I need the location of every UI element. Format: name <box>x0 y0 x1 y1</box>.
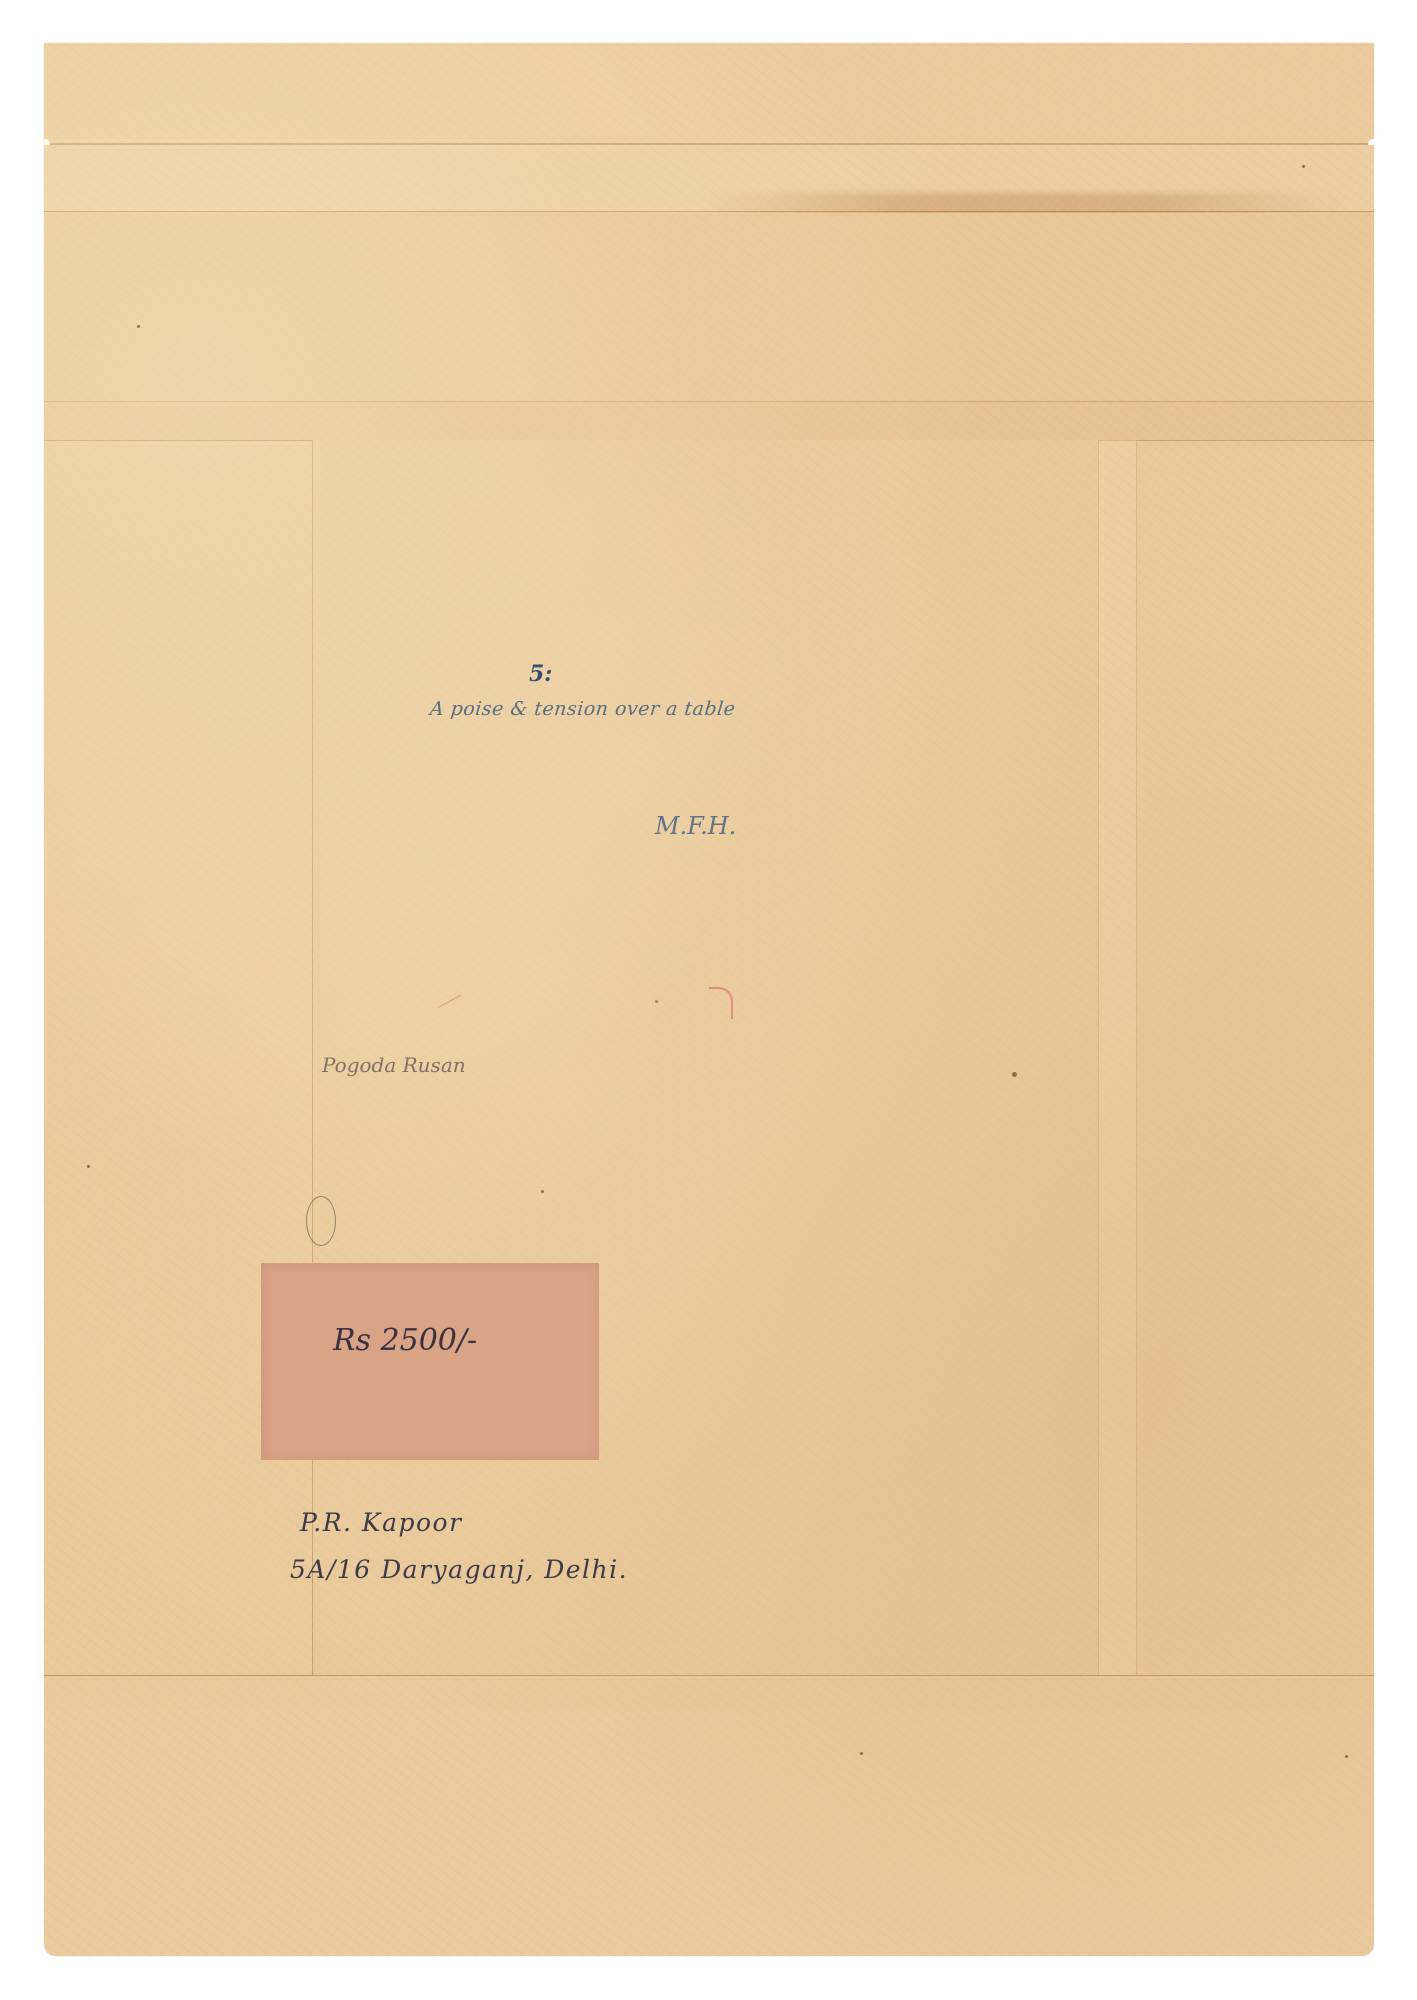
paper-speck <box>541 1190 544 1193</box>
artist-signature: M.F.H. <box>655 812 736 840</box>
paper-speck <box>137 325 140 328</box>
paper-speck <box>87 1165 90 1168</box>
paper-speck <box>1012 1072 1017 1077</box>
pencil-circle-sketch-icon <box>306 1196 336 1246</box>
item-number: 5: <box>529 661 552 687</box>
owner-address: 5A/16 Daryaganj, Delhi. <box>290 1555 628 1584</box>
paper-speck <box>655 1000 658 1003</box>
artwork-title-inscription: A poise & tension over a table <box>429 698 737 720</box>
price-text: Rs 2500/- <box>333 1323 477 1358</box>
lower-panel <box>44 1711 1374 1956</box>
owner-name: P.R. Kapoor <box>300 1508 463 1537</box>
upper-panel <box>44 213 1374 403</box>
price-label: Rs 2500/- <box>261 1263 599 1460</box>
top-folded-strip <box>44 43 1374 145</box>
paper-speck <box>1345 1755 1348 1758</box>
top-tape-band <box>44 401 1374 441</box>
bottom-tape-band <box>44 1675 1374 1713</box>
paper-speck <box>860 1752 863 1755</box>
paper-speck <box>1302 165 1305 168</box>
pencil-inscription: Pogoda Rusan <box>322 1053 466 1077</box>
red-fiber-mark <box>709 987 733 1019</box>
right-tape-band <box>1098 440 1137 1675</box>
